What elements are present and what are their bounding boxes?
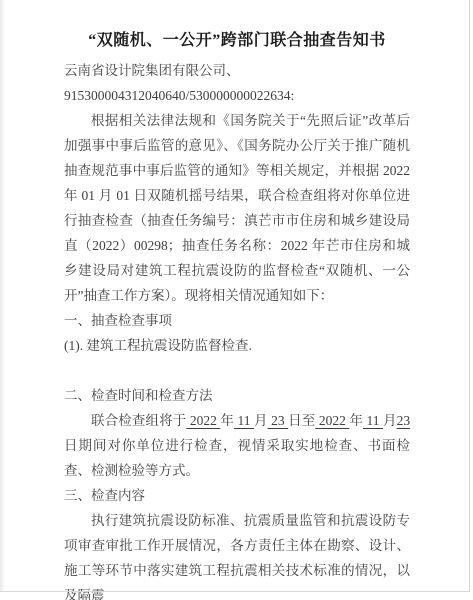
page-left-edge [0, 0, 5, 592]
underlined-month-value: 11 [363, 413, 383, 428]
text-segment: 年 [220, 413, 234, 428]
text-segment: 联合检查组将于 [91, 413, 186, 428]
recipient-credit-code-line: 915300004312040640/530000000022634: [64, 83, 410, 108]
text-segment: 日期间对你单位进行检查，视情采取实地检查、书面检查、检测检验等方式。 [64, 438, 410, 478]
document-page: “双随机、一公开”跨部门联合抽查告知书 云南省设计院集团有限公司、 915300… [0, 0, 473, 600]
document-title: “双随机、一公开”跨部门联合抽查告知书 [64, 28, 410, 54]
document-content: “双随机、一公开”跨部门联合抽查告知书 云南省设计院集团有限公司、 915300… [64, 28, 410, 600]
underlined-day-value: 23 [397, 413, 411, 428]
intro-paragraph: 根据相关法律法规和《国务院关于“先照后证”改革后加强事中事后监管的意见》、《国务… [64, 108, 410, 308]
inspection-time-paragraph: 联合检查组将于 2022 年 11 月 23 日至 2022 年 11 月23 … [64, 408, 410, 483]
underlined-year-value: 2022 [315, 413, 349, 428]
blank-line [64, 358, 410, 383]
page-bottom-edge [0, 591, 470, 592]
section-1-heading: 一、抽查检查事项 [64, 308, 410, 333]
text-segment: 年 [349, 413, 363, 428]
underlined-year-value: 2022 [186, 413, 220, 428]
text-segment: 月 [254, 413, 268, 428]
section-3-heading: 三、检查内容 [64, 483, 410, 508]
section-3-paragraph: 执行建筑抗震设防标准、抗震质量监管和抗震设防专项审查审批工作开展情况，各方责任主… [64, 508, 410, 600]
underlined-day-value: 23 [268, 413, 289, 428]
recipient-company-line: 云南省设计院集团有限公司、 [64, 58, 410, 83]
section-1-item: (1). 建筑工程抗震设防监督检查. [64, 333, 410, 358]
underlined-month-value: 11 [234, 413, 254, 428]
section-2-heading: 二、检查时间和检查方法 [64, 383, 410, 408]
text-segment: 日至 [288, 413, 315, 428]
text-segment: 月 [383, 413, 397, 428]
page-right-edge [469, 0, 470, 592]
